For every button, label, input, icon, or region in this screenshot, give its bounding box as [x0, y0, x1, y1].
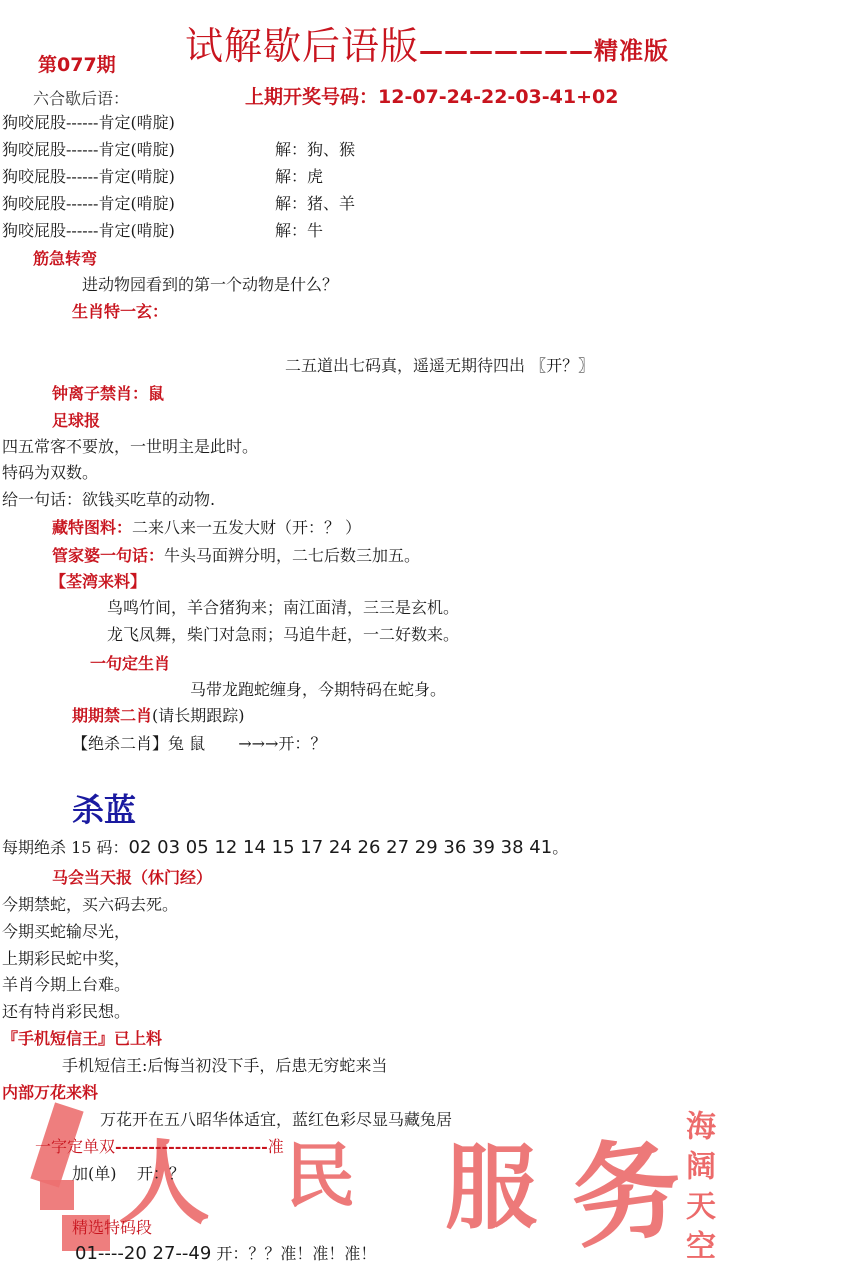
odd-even-dashes: ----------------------- — [115, 1137, 268, 1156]
xiehouyu-answer: 解：虎 — [275, 164, 323, 187]
kill-blue-line: 每期绝杀 15 码：02 03 05 12 14 15 17 24 26 27 … — [2, 835, 568, 858]
wanhua-text: 万花开在五八昭华体适宜，蓝红色彩尽显马藏兔居 — [100, 1107, 452, 1130]
xiehouyu-row: 狗咬屁股------肯定(啃腚) — [2, 137, 175, 160]
xiehouyu-row: 狗咬屁股------肯定(啃腚) — [2, 164, 175, 187]
ban-two-line: 【绝杀二肖】兔 鼠 →→→开：？ — [72, 731, 326, 754]
football-line: 特码为双数。 — [2, 460, 98, 483]
odd-even-result: 加(单) 开：？ — [72, 1161, 185, 1184]
watermark-stroke-left2 — [40, 1180, 74, 1210]
segment-heading: 精选特码段 — [72, 1215, 152, 1238]
xiehouyu-row: 狗咬屁股------肯定(啃腚) — [2, 218, 175, 241]
football-line: 四五常客不要放，一世明主是此时。 — [2, 434, 258, 457]
zodiac-mystery-heading: 生肖特一玄： — [72, 299, 168, 322]
kill-blue-label: 每期绝杀 15 码： — [2, 838, 129, 857]
brain-teaser-heading: 筋急转弯 — [33, 246, 97, 269]
xiehouyu-answer: 解：牛 — [275, 218, 323, 241]
segment-row: 01----20 27--49 开：？？准！准！准！ — [75, 1241, 376, 1264]
last-draw-label: 上期开奖号码： — [245, 86, 378, 108]
hidden-chart-label: 藏特图料： — [52, 518, 132, 537]
watermark-char-2: 民 — [285, 1120, 355, 1221]
ban-two-arrow: →→→开：？ — [238, 734, 326, 753]
last-draw: 上期开奖号码：12-07-24-22-03-41+02 — [245, 82, 618, 109]
xiehouyu-heading: 六合歇后语： — [33, 86, 129, 109]
horse-club-heading: 马会当天报（休门经） — [52, 865, 212, 888]
watermark-vertical-text: 海阔天空 — [675, 1110, 719, 1270]
horse-club-line: 还有特肖彩民想。 — [2, 999, 130, 1022]
issue-number: 第077期 — [38, 50, 116, 77]
kill-blue-numbers: 02 03 05 12 14 15 17 24 26 27 29 36 39 3… — [129, 837, 553, 858]
watermark-char-3: 服 — [445, 1115, 537, 1247]
ban-two-label: 【绝杀二肖】兔 鼠 — [72, 734, 205, 753]
hidden-chart: 藏特图料：二来八来一五发大财（开：？ ） — [52, 515, 361, 538]
quanwan-heading: 【荃湾来料】 — [50, 569, 146, 592]
housekeeper-label: 管家婆一句话： — [52, 546, 164, 565]
title-suffix: 精准版 — [594, 37, 669, 65]
ban-two-note: (请长期跟踪) — [152, 706, 245, 725]
horse-club-line: 今期禁蛇，买六码去死。 — [2, 892, 178, 915]
one-sentence-text: 马带龙跑蛇缠身，今期特码在蛇身。 — [190, 677, 446, 700]
xiehouyu-answer: 解：狗、猴 — [275, 137, 355, 160]
housekeeper-text: 牛头马面辨分明，二七后数三加五。 — [164, 546, 420, 565]
housekeeper: 管家婆一句话：牛头马面辨分明，二七后数三加五。 — [52, 543, 420, 566]
zhongli-ban: 钟离子禁肖：鼠 — [52, 381, 164, 404]
xiehouyu-row: 狗咬屁股------肯定(啃腚) — [2, 110, 175, 133]
title-main: 试解歇后语版 — [185, 24, 419, 68]
xiehouyu-row: 狗咬屁股------肯定(啃腚) — [2, 191, 175, 214]
segment-result: 开：？？准！准！准！ — [211, 1244, 376, 1263]
hidden-chart-text: 二来八来一五发大财（开：？ ） — [132, 518, 361, 537]
brain-teaser-question: 进动物园看到的第一个动物是什么？ — [82, 272, 338, 295]
title-dashes: ——————— — [419, 37, 594, 65]
watermark-char-4: 务 — [560, 1098, 691, 1270]
segment-ranges: 01----20 27--49 — [75, 1243, 211, 1264]
horse-club-line: 今期买蛇输尽光， — [2, 919, 130, 942]
odd-even-suffix: 准 — [268, 1137, 284, 1156]
football-heading: 足球报 — [52, 408, 100, 431]
page-title: 试解歇后语版———————精准版 — [185, 15, 669, 70]
sms-king-heading: 『手机短信王』已上料 — [2, 1026, 162, 1049]
football-line: 给一句话：欲钱买吃草的动物. — [2, 487, 215, 510]
kill-blue-end: 。 — [552, 838, 568, 857]
odd-even-row: 一字定单双-----------------------准 — [35, 1134, 284, 1157]
ban-two-heading: 期期禁二肖 — [72, 706, 152, 725]
quanwan-line: 龙飞凤舞，柴门对急雨；马追牛赶，一二好数来。 — [107, 622, 459, 645]
one-sentence-heading: 一句定生肖 — [90, 651, 170, 674]
quanwan-line: 鸟鸣竹间，羊合猪狗来；南江面清，三三是玄机。 — [107, 595, 459, 618]
xiehouyu-answer: 解：猪、羊 — [275, 191, 355, 214]
horse-club-line: 羊肖今期上台难。 — [2, 972, 130, 995]
sms-king-text: 手机短信王:后悔当初没下手，后患无穷蛇来当 — [62, 1053, 387, 1076]
zodiac-mystery-text: 二五道出七码真，遥遥无期待四出 〖开？〗 — [285, 353, 594, 376]
last-draw-numbers: 12-07-24-22-03-41+02 — [378, 86, 618, 108]
wanhua-heading: 内部万花来料 — [2, 1080, 98, 1103]
horse-club-line: 上期彩民蛇中奖， — [2, 946, 130, 969]
kill-blue-heading: 杀蓝 — [72, 785, 136, 831]
ban-two-heading-row: 期期禁二肖(请长期跟踪) — [72, 703, 245, 726]
odd-even-heading: 一字定单双 — [35, 1137, 115, 1156]
